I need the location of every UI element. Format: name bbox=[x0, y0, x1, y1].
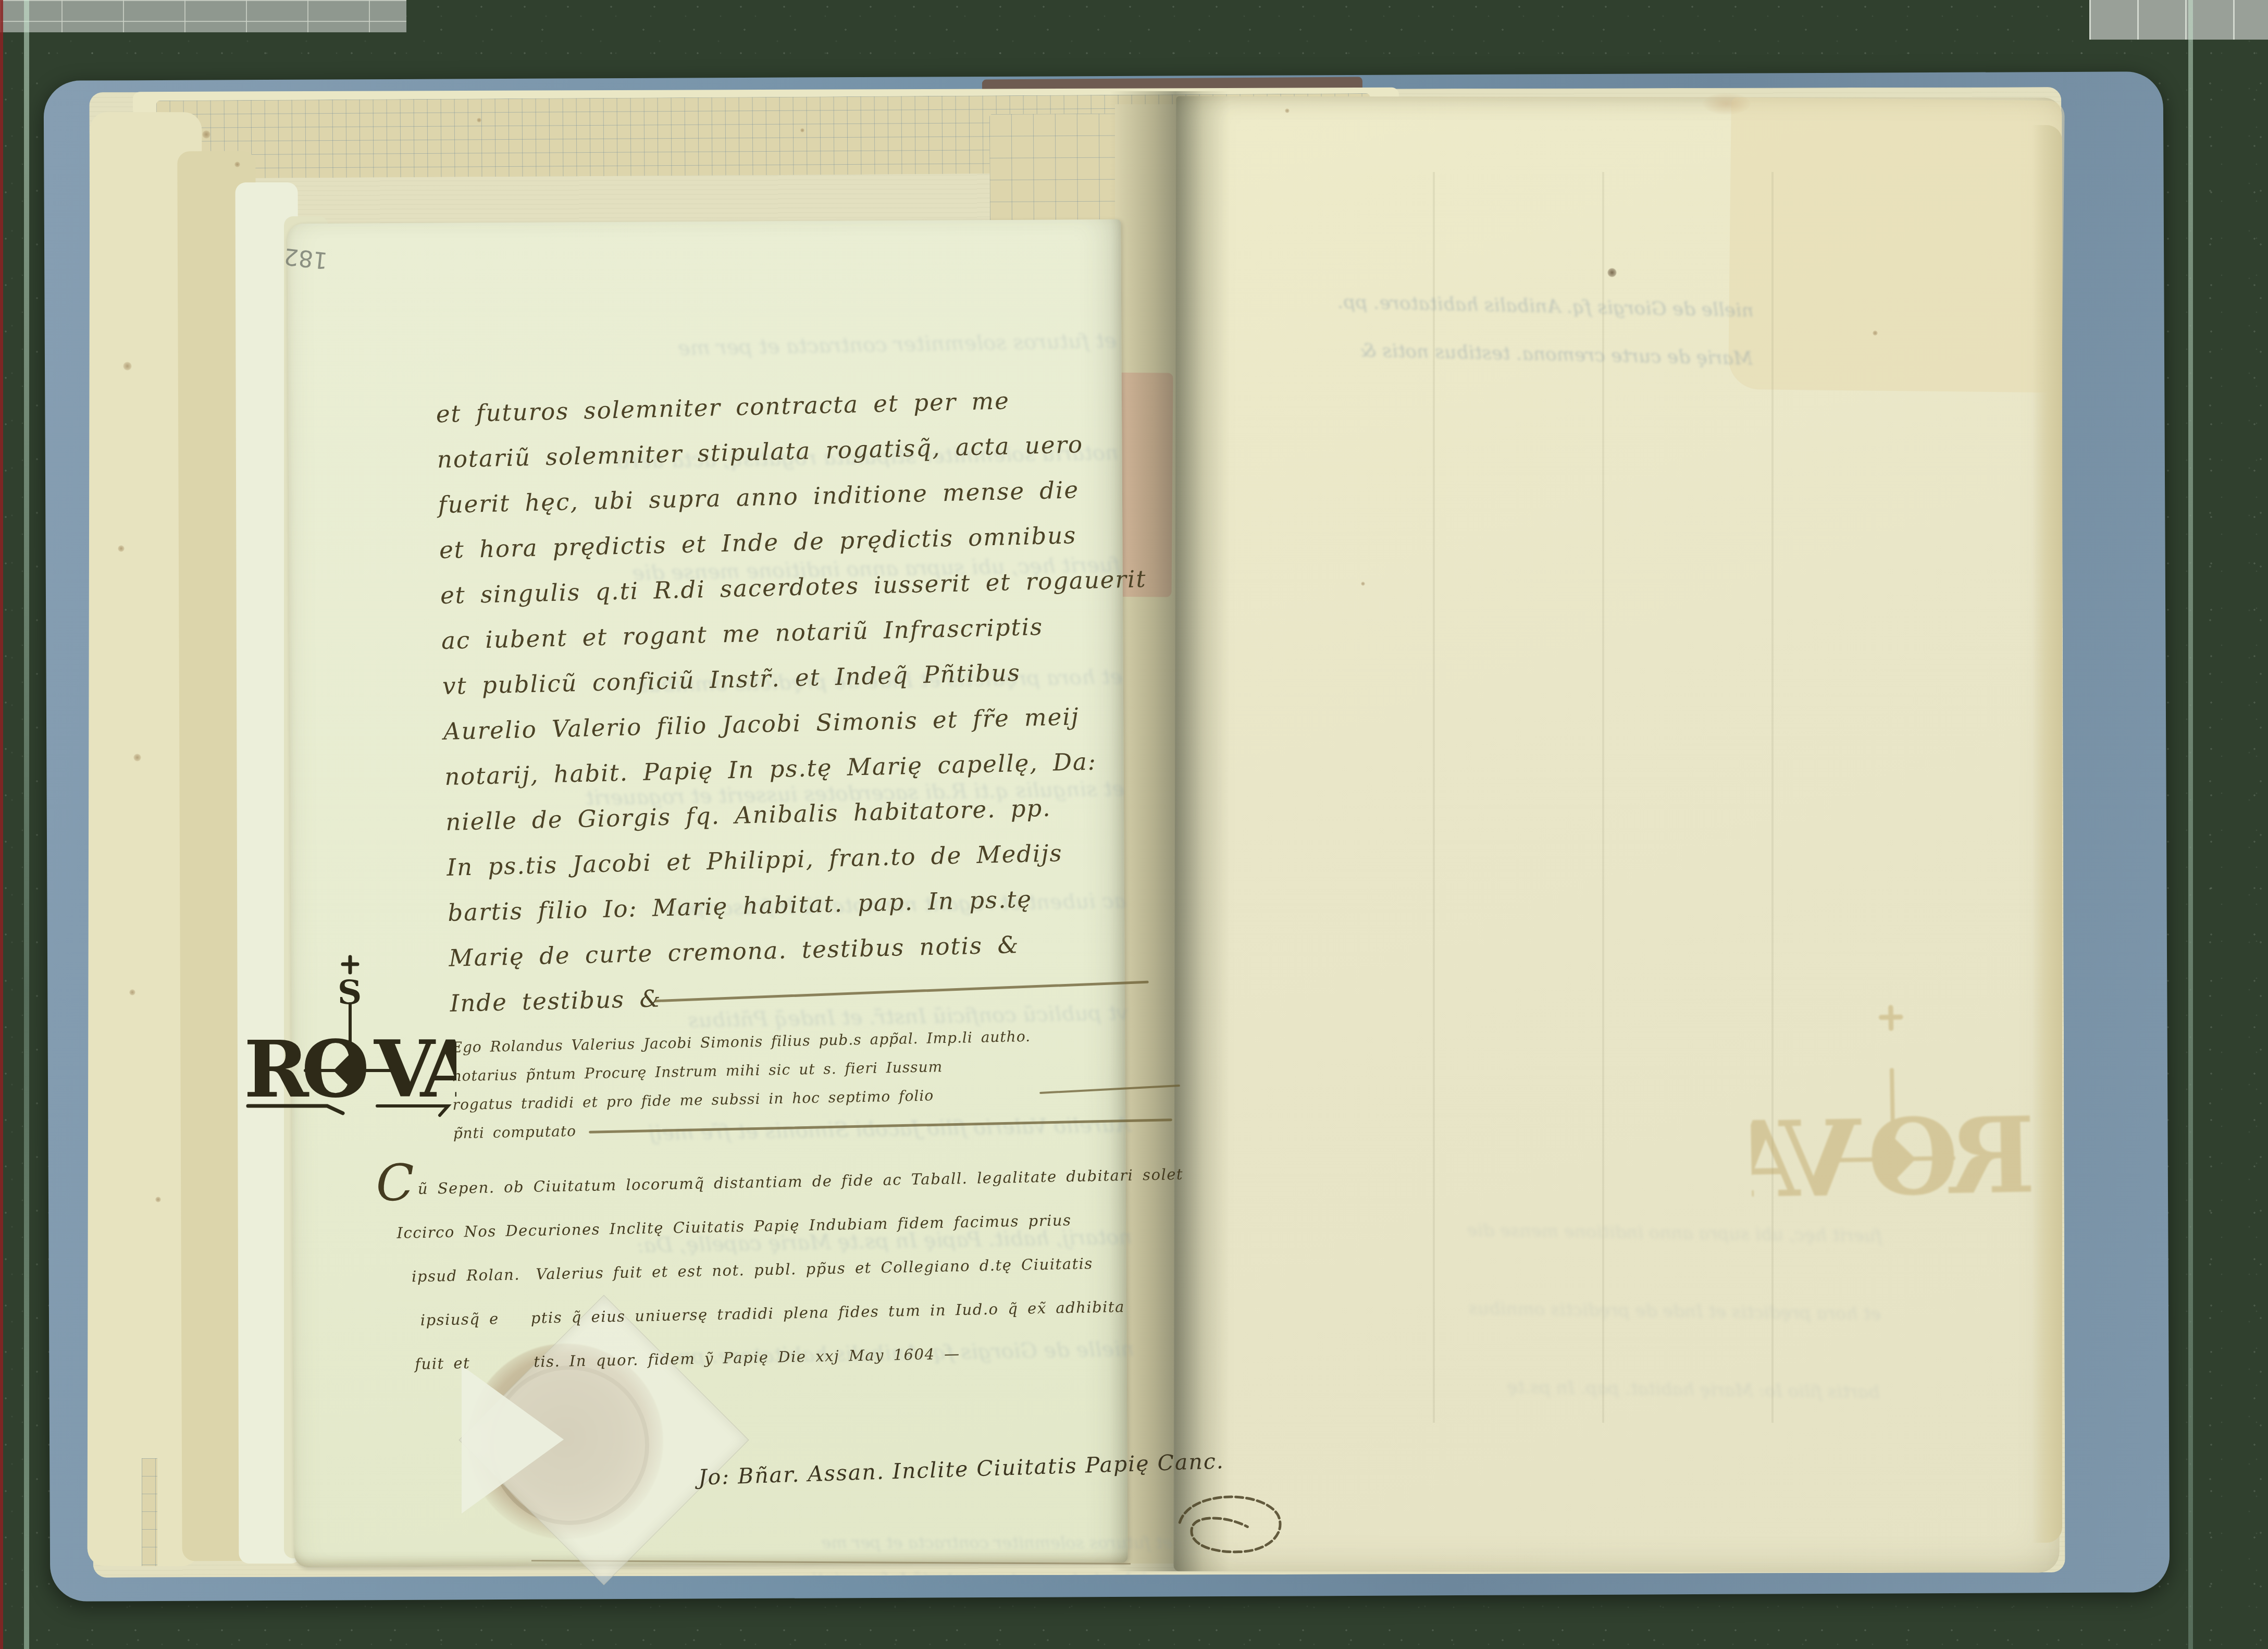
mark-letters-right: VA bbox=[374, 1024, 456, 1115]
right-page-crease bbox=[1433, 172, 1435, 1423]
foxing-spot bbox=[123, 362, 132, 371]
right-page-warm-corner bbox=[1728, 97, 2065, 393]
foxing-spot bbox=[477, 118, 481, 122]
background-wall-right bbox=[2089, 0, 2268, 40]
attestation-initial: C bbox=[376, 1161, 416, 1205]
folio-number-pencil: 182 bbox=[283, 243, 329, 274]
foxing-spot bbox=[1873, 330, 1878, 336]
right-page-crease bbox=[1602, 172, 1604, 1423]
foxing-spot bbox=[155, 1197, 161, 1202]
manuscript-photo-scene: et futuros solemniter contracta et per m… bbox=[0, 0, 2268, 1649]
notarial-sign-offset: RO VA bbox=[1749, 1001, 2036, 1229]
foxing-spot bbox=[234, 162, 240, 167]
foxing-spot bbox=[118, 545, 125, 552]
stain bbox=[1703, 93, 1751, 115]
foxing-spot bbox=[1285, 108, 1290, 113]
background-wall-left bbox=[0, 0, 406, 32]
graph-paper-bottom-sliver bbox=[142, 1458, 157, 1566]
glass-edge-right bbox=[2188, 0, 2193, 1649]
foxing-spot bbox=[800, 128, 804, 132]
attestation-block: C ũ Sepen. ob Ciuitatum locorumq̃ distan… bbox=[381, 1152, 1219, 1387]
right-page-crease bbox=[1771, 172, 1774, 1423]
main-text-block: et futuros solemniter contracta et per m… bbox=[436, 375, 1159, 1026]
notarial-sign: S RO VA bbox=[244, 954, 456, 1122]
svg-text:VA: VA bbox=[1749, 1097, 1863, 1222]
foxing-spot bbox=[1607, 268, 1617, 277]
glass-edge-left bbox=[24, 0, 29, 1649]
right-page-deckle-edge bbox=[2032, 125, 2062, 1543]
foxing-spot bbox=[202, 130, 210, 139]
cross-icon bbox=[343, 957, 357, 973]
svg-text:RO: RO bbox=[1871, 1094, 2037, 1219]
foxing-spot bbox=[129, 989, 135, 995]
notarial-subscription: Ego Rolandus Valerius Jacobi Simonis fil… bbox=[451, 1018, 1224, 1148]
foxing-spot bbox=[133, 754, 141, 761]
mark-letters-left: RO bbox=[244, 1024, 367, 1115]
signature-paraph-flourish bbox=[1164, 1472, 1298, 1574]
foxing-spot bbox=[1361, 582, 1365, 586]
film-edge-red bbox=[0, 0, 3, 1649]
